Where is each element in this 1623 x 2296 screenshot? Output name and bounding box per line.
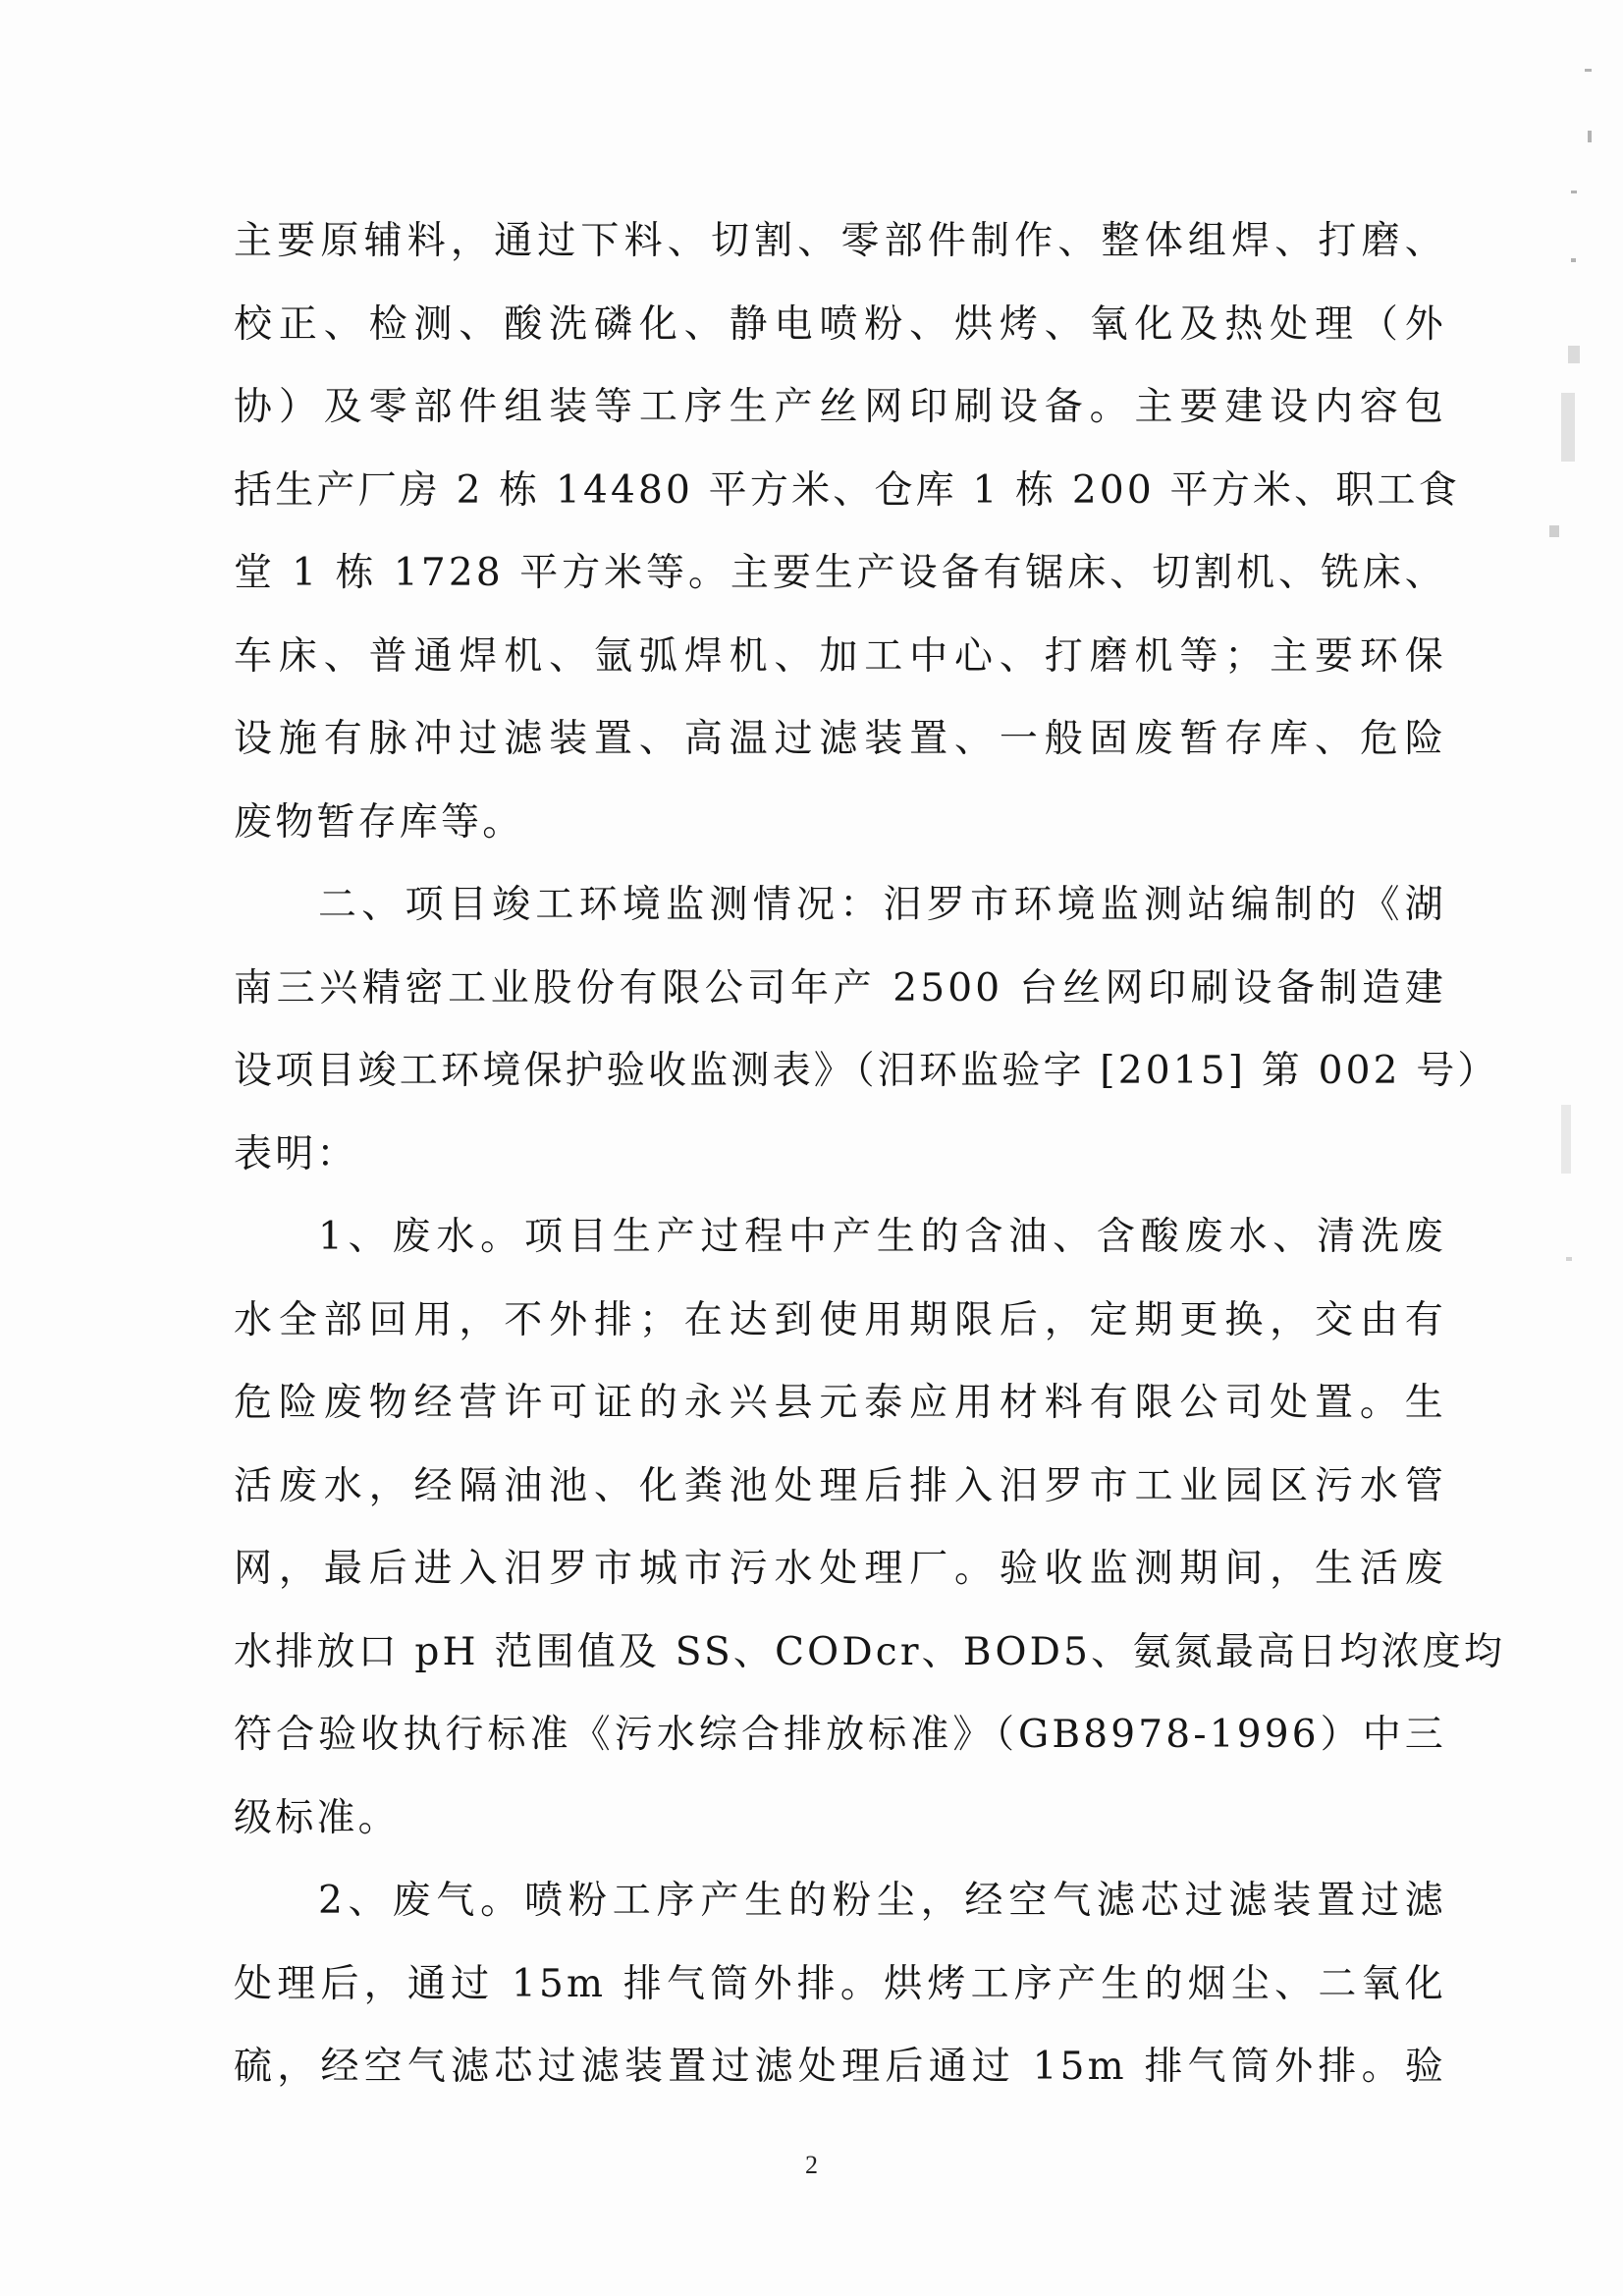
text-line: 废物暂存库等。 — [234, 792, 1446, 875]
item-wastewater: 1、废水。项目生产过程中产生的含油、含酸废水、清洗废 — [234, 1206, 1446, 1289]
scan-artifact — [1549, 525, 1559, 537]
text-line: 网，最后进入汨罗市城市污水处理厂。验收监测期间，生活废 — [234, 1538, 1446, 1621]
text-line: 水排放口 pH 范围值及 SS、CODcr、BOD5、氨氮最高日均浓度均 — [234, 1621, 1446, 1705]
text-line: 设施有脉冲过滤装置、高温过滤装置、一般固废暂存库、危险 — [234, 708, 1446, 792]
text-line: 校正、检测、酸洗磷化、静电喷粉、烘烤、氧化及热处理（外 — [234, 294, 1446, 377]
scan-artifact — [1571, 258, 1576, 262]
text-line: 表明： — [234, 1123, 1446, 1207]
item-waste-gas: 2、废气。喷粉工序产生的粉尘，经空气滤芯过滤装置过滤 — [234, 1870, 1446, 1953]
scan-artifact — [1568, 346, 1580, 363]
section-heading-monitoring: 二、项目竣工环境监测情况：汨罗市环境监测站编制的《湖 — [234, 874, 1446, 957]
text-line: 硫，经空气滤芯过滤装置过滤处理后通过 15m 排气筒外排。验 — [234, 2036, 1446, 2119]
scan-artifact — [1571, 191, 1577, 193]
text-line: 级标准。 — [234, 1787, 1446, 1871]
text-line: 活废水，经隔油池、化粪池处理后排入汨罗市工业园区污水管 — [234, 1455, 1446, 1539]
scan-artifact — [1588, 131, 1592, 142]
document-page: 主要原辅料，通过下料、切割、零部件制作、整体组焊、打磨、 校正、检测、酸洗磷化、… — [0, 0, 1623, 2296]
text-line: 车床、普通焊机、氩弧焊机、加工中心、打磨机等；主要环保 — [234, 626, 1446, 709]
text-line: 主要原辅料，通过下料、切割、零部件制作、整体组焊、打磨、 — [234, 210, 1446, 294]
scan-artifact — [1585, 69, 1592, 72]
scan-artifact — [1561, 393, 1575, 462]
text-line: 南三兴精密工业股份有限公司年产 2500 台丝网印刷设备制造建 — [234, 957, 1446, 1041]
text-line: 危险废物经营许可证的永兴县元泰应用材料有限公司处置。生 — [234, 1372, 1446, 1455]
scan-artifact — [1561, 1105, 1571, 1174]
text-line: 符合验收执行标准《污水综合排放标准》（GB8978-1996）中三 — [234, 1704, 1446, 1787]
text-line: 协）及零部件组装等工序生产丝网印刷设备。主要建设内容包 — [234, 376, 1446, 460]
text-line: 处理后，通过 15m 排气筒外排。烘烤工序产生的烟尘、二氧化 — [234, 1953, 1446, 2037]
page-number: 2 — [0, 2151, 1623, 2180]
text-line: 堂 1 栋 1728 平方米等。主要生产设备有锯床、切割机、铣床、 — [234, 542, 1446, 626]
scan-artifact — [1566, 1257, 1572, 1261]
text-line: 水全部回用，不外排；在达到使用期限后，定期更换，交由有 — [234, 1289, 1446, 1373]
document-body: 主要原辅料，通过下料、切割、零部件制作、整体组焊、打磨、 校正、检测、酸洗磷化、… — [234, 210, 1446, 2119]
text-line: 括生产厂房 2 栋 14480 平方米、仓库 1 栋 200 平方米、职工食 — [234, 460, 1446, 543]
text-line: 设项目竣工环境保护验收监测表》（汨环监验字 [2015] 第 002 号） — [234, 1040, 1446, 1123]
